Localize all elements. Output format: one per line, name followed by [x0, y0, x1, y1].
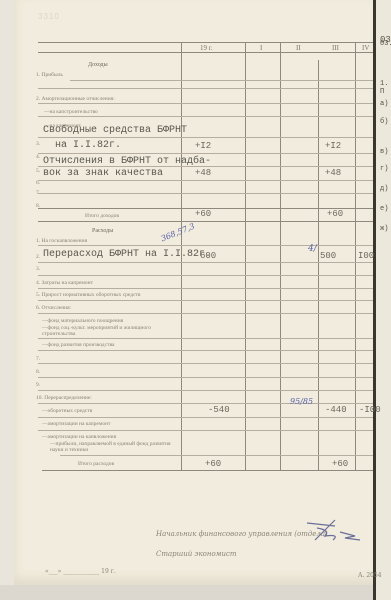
expenses-heading: Расходы: [92, 228, 113, 234]
expenses-total-year: +60: [205, 459, 221, 469]
edge-mark: е): [380, 205, 388, 213]
column-divider: [245, 42, 246, 470]
row-rule: [38, 153, 373, 154]
row-rule: [38, 166, 373, 167]
column-header-year: 19 г.: [200, 44, 213, 52]
expense-overrun-year: 600: [200, 251, 216, 261]
row-rule: [70, 80, 373, 81]
redistribution-working-capital-q4: -I00: [359, 405, 381, 415]
page-bottom-shadow: [0, 585, 391, 600]
expense-row-label: —фонд соц.-культ. мероприятий и жилищног…: [42, 325, 172, 337]
expense-row-label: 4. Затраты на капремонт: [36, 280, 93, 286]
expense-overrun-q4: I00: [358, 251, 374, 261]
income-row-label: —на капстроительство: [44, 109, 98, 115]
income-row-label: 2. Амортизационные отчисления:: [36, 96, 115, 102]
expense-row-label: —оборотных средств: [42, 408, 92, 414]
signature-scribble: [305, 518, 365, 546]
adjacent-page-edge: 03.0 03 1. П а) б) в) г) д) е) ж): [373, 0, 391, 600]
column-header-q4: IV: [362, 44, 369, 52]
handwritten-redistribution-mark: 95/85: [290, 397, 313, 406]
income-total-year: +60: [195, 209, 211, 219]
column-divider: [280, 42, 281, 470]
table-top-rule: [38, 42, 373, 43]
edge-mark: ж): [380, 225, 388, 233]
corner-stamp: 3310: [38, 12, 60, 21]
income-typed-entry: Свободные средства БФРНТ: [43, 125, 187, 136]
edge-mark: 03: [380, 35, 391, 45]
form-number: А. 2054: [358, 572, 382, 579]
expenses-total-label: Итого расходов: [78, 461, 114, 467]
edge-mark: в): [380, 148, 388, 156]
row-rule: [38, 193, 373, 194]
row-rule: [38, 180, 373, 181]
table-header-rule: [38, 52, 373, 53]
redistribution-working-capital-q3: -440: [325, 405, 347, 415]
income-row-number: 3.: [36, 141, 40, 147]
row-rule: [60, 455, 373, 456]
row-rule: [38, 262, 373, 263]
date-line: «___» ____________ 19 г.: [45, 568, 116, 575]
head-of-finance-title: Начальник финансового управления (отдела…: [156, 530, 328, 538]
income-free-funds-year: +I2: [195, 141, 211, 151]
expense-row-label: 1. На госкапвложения: [36, 238, 87, 244]
row-rule: [38, 363, 373, 364]
row-rule: [38, 88, 373, 89]
row-rule: [38, 245, 373, 246]
expense-row-label: 10. Перераспределение:: [36, 395, 92, 401]
income-free-funds-q3: +I2: [325, 141, 341, 151]
income-row-number: 4.: [36, 154, 40, 160]
row-rule: [38, 288, 373, 289]
table-bottom-rule: [42, 470, 373, 471]
column-header-q2: II: [296, 44, 301, 52]
income-row-label: 1. Прибыль: [36, 72, 63, 78]
column-header-q1: I: [260, 44, 262, 52]
edge-mark: 1. П: [380, 80, 391, 96]
expense-row-label: 5. Прирост нормативных оборотных средств: [36, 292, 141, 298]
row-rule: [38, 137, 373, 138]
senior-economist-title: Старший экономист: [156, 550, 237, 558]
expense-row-label: 3.: [36, 266, 40, 272]
expense-row-label: —амортизации на капремонт: [42, 421, 110, 427]
row-rule: [38, 338, 373, 339]
expense-row-label: —фонд материального поощрения: [42, 318, 123, 324]
income-heading: Доходы: [88, 62, 108, 68]
income-total-label: Итого доходов: [85, 213, 119, 219]
row-rule: [38, 417, 373, 418]
row-rule: [38, 116, 373, 117]
row-rule: [38, 390, 373, 391]
expense-row-label: —фонд развития производства: [42, 342, 114, 348]
expense-row-label: —прибыли, направляемой в единый фонд раз…: [50, 441, 175, 453]
expense-row-number: 9.: [36, 382, 40, 388]
expense-typed-entry: Перерасход БФРНТ на I.I.82г.: [43, 249, 211, 260]
expenses-total-q3: +60: [332, 459, 348, 469]
handwritten-q2-mark: 4/: [308, 244, 317, 254]
row-rule: [38, 430, 373, 431]
row-rule: [38, 313, 373, 314]
row-rule: [38, 300, 373, 301]
column-divider: [318, 60, 319, 470]
edge-mark: г): [380, 165, 388, 173]
row-rule: [38, 221, 373, 222]
redistribution-working-capital-year: -540: [208, 405, 230, 415]
row-rule: [38, 350, 373, 351]
column-divider: [355, 42, 356, 470]
row-rule: [38, 377, 373, 378]
row-rule: [38, 275, 373, 276]
row-rule: [38, 403, 373, 404]
income-quality-mark-q3: +48: [325, 168, 341, 178]
column-header-q3: III: [332, 44, 339, 52]
income-row-number: 5.: [36, 168, 40, 174]
expense-row-number: 7.: [36, 356, 40, 362]
income-total-q3: +60: [327, 209, 343, 219]
expense-overrun-q3: 500: [320, 251, 336, 261]
edge-mark: а): [380, 100, 388, 108]
expense-row-number: 2.: [36, 254, 40, 260]
expense-row-label: 6. Отчисления:: [36, 305, 71, 311]
edge-mark: д): [380, 185, 388, 193]
income-typed-entry: вок за знак качества: [43, 168, 163, 179]
income-quality-mark-year: +48: [195, 168, 211, 178]
expense-row-label: —амортизации на капвложения: [42, 434, 116, 440]
income-typed-entry: на I.I.82г.: [55, 140, 121, 151]
expense-row-number: 8.: [36, 369, 40, 375]
row-rule: [38, 103, 373, 104]
edge-mark: б): [380, 118, 388, 126]
